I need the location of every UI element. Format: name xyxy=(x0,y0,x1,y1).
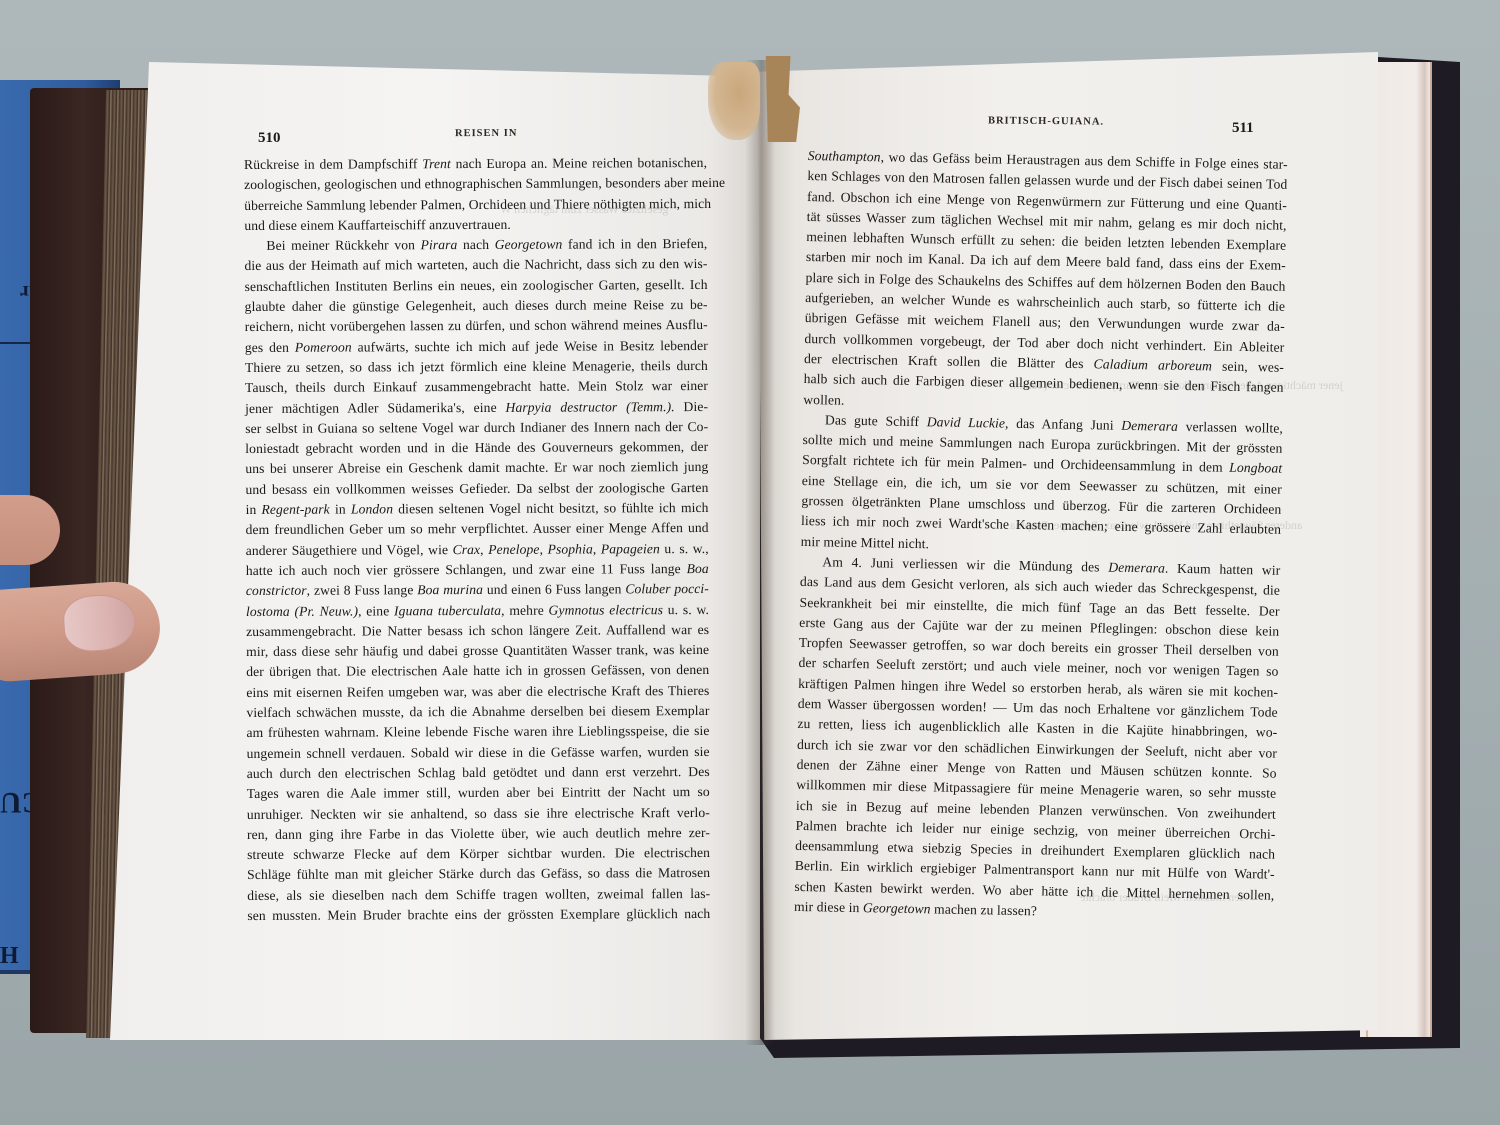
text-line: ser selbst in Guiana so seltene Vogel wa… xyxy=(245,417,708,439)
text-line: hatte ich auch noch vier grössere Schlan… xyxy=(246,559,709,581)
text-line: mir, dass diese sehr häufig und dabei gr… xyxy=(246,640,709,662)
italic-term: London xyxy=(351,501,393,516)
text-line: loniestadt gebracht worden und in die Hä… xyxy=(245,437,708,459)
book-gutter xyxy=(745,60,775,1045)
italic-term: Trent xyxy=(422,156,451,171)
italic-term: Harpyia destructor (Temm.). xyxy=(505,399,674,415)
text-line: lostoma (Pr. Neuw.), eine Iguana tubercu… xyxy=(246,600,709,622)
italic-term: Georgetown xyxy=(863,900,931,916)
text-line: constrictor, zwei 8 Fuss lange Boa murin… xyxy=(246,579,709,601)
text-line: reichern, nicht vorübergehen lassen zu d… xyxy=(245,315,708,337)
running-head: REISEN IN xyxy=(455,128,517,139)
right-page-body-text: Southampton, wo das Gefäss beim Heraustr… xyxy=(794,146,1288,926)
text-line: dem freundlichen Geber um so mehr verpfl… xyxy=(246,518,709,540)
italic-term: Regent-park xyxy=(261,502,329,517)
page-number: 511 xyxy=(1232,120,1254,137)
text-line: und diese einem Kauffarteischiff anzuver… xyxy=(244,214,707,236)
italic-term: constrictor xyxy=(246,583,307,598)
italic-term: Pirara xyxy=(421,237,458,252)
text-line: der übrigen that. Die electrischen Aale … xyxy=(246,660,709,682)
thumbnail xyxy=(62,592,138,653)
italic-term: Boa murina xyxy=(417,582,483,597)
text-line: eins mit eisernen Reifen umgeben war, wa… xyxy=(246,681,709,703)
text-line: ren, dann ging ihre Farbe in das Violett… xyxy=(247,823,710,845)
italic-term: lostoma (Pr. Neuw.) xyxy=(246,603,358,618)
text-line: Tausch, theils durch Einkauf zusammengeb… xyxy=(245,376,708,398)
text-line: streute schwarze Flecke auf dem Körper s… xyxy=(247,843,710,865)
text-line: anderer Säugethiere und Vögel, wie Crax,… xyxy=(246,539,709,561)
text-line: zoologischen, geologischen und ethnograp… xyxy=(244,173,707,195)
booklet-text: H xyxy=(0,940,19,967)
italic-term: Iguana tuberculata xyxy=(394,602,501,617)
running-head: BRITISCH-GUIANA. xyxy=(988,115,1104,127)
text-line: die aus der Heimath auf mich warteten, a… xyxy=(244,254,707,276)
text-line: auch durch den electrischen Schlag bald … xyxy=(247,762,710,784)
italic-term: Psophia xyxy=(548,541,593,556)
text-line: Bei meiner Rückkehr von Pirara nach Geor… xyxy=(244,234,707,256)
text-line: glaubte daher die günstige Gelegenheit, … xyxy=(245,295,708,317)
text-line: sen mussten. Mein Bruder brachte eins de… xyxy=(247,904,710,926)
italic-term: David Luckie xyxy=(927,414,1005,430)
paper-stain xyxy=(708,62,760,140)
italic-term: Crax xyxy=(453,542,481,557)
text-line: zusammengebracht. Die Natter besass ich … xyxy=(246,620,709,642)
text-line: Thiere zu setzen, so dass ich jetzt förm… xyxy=(245,356,708,378)
italic-term: Boa xyxy=(687,561,709,576)
text-line: ges den Pomeroon aufwärts, suchte ich mi… xyxy=(245,336,708,358)
text-line: jener mächtigen Adler Südamerika's, eine… xyxy=(245,397,708,419)
text-line: vielfach schwächen musste, da ich die Ab… xyxy=(246,701,709,723)
text-line: ungemein schnell verdauen. Sobald wir di… xyxy=(247,742,710,764)
italic-term: Georgetown xyxy=(495,237,563,252)
italic-term: Longboat xyxy=(1229,460,1282,476)
italic-term: Southampton xyxy=(808,148,881,164)
text-line: Schläge fühlte man mit gleicher Stärke d… xyxy=(247,863,710,885)
text-line: überreiche Sammlung lebender Palmen, Orc… xyxy=(244,194,707,216)
text-line: und besass ein vollkommen weisses Gefied… xyxy=(245,478,708,500)
left-page-body-text: Rückreise in dem Dampfschiff Trent nach … xyxy=(244,153,710,926)
italic-term: Penelope xyxy=(488,541,539,556)
italic-term: Pomeroon xyxy=(295,339,352,354)
text-line: unruhiger. Neckten wir sie anhaltend, so… xyxy=(247,802,710,824)
italic-term: Coluber pocci- xyxy=(625,581,709,596)
italic-term: Demerara xyxy=(1108,560,1165,576)
text-line: in Regent-park in London diesen seltenen… xyxy=(246,498,709,520)
text-line: Rückreise in dem Dampfschiff Trent nach … xyxy=(244,153,707,175)
text-line: uns bei unserer Abreise ein Geschenk dam… xyxy=(245,457,708,479)
text-line: am frühesten wahrnam. Kleine lebende Fis… xyxy=(246,721,709,743)
text-line: diese, als sie dieselben nach dem Schiff… xyxy=(247,884,710,906)
italic-term: Papageien xyxy=(601,541,660,556)
italic-term: Caladium arboreum xyxy=(1093,356,1212,373)
italic-term: Demerara xyxy=(1121,418,1178,434)
text-line: senschaftlichen Instituten Berlins ein n… xyxy=(245,275,708,297)
page-number: 510 xyxy=(258,130,281,147)
text-line: Tages waren die Aale immer still, wurden… xyxy=(247,782,710,804)
italic-term: Gymnotus electricus xyxy=(549,602,664,617)
